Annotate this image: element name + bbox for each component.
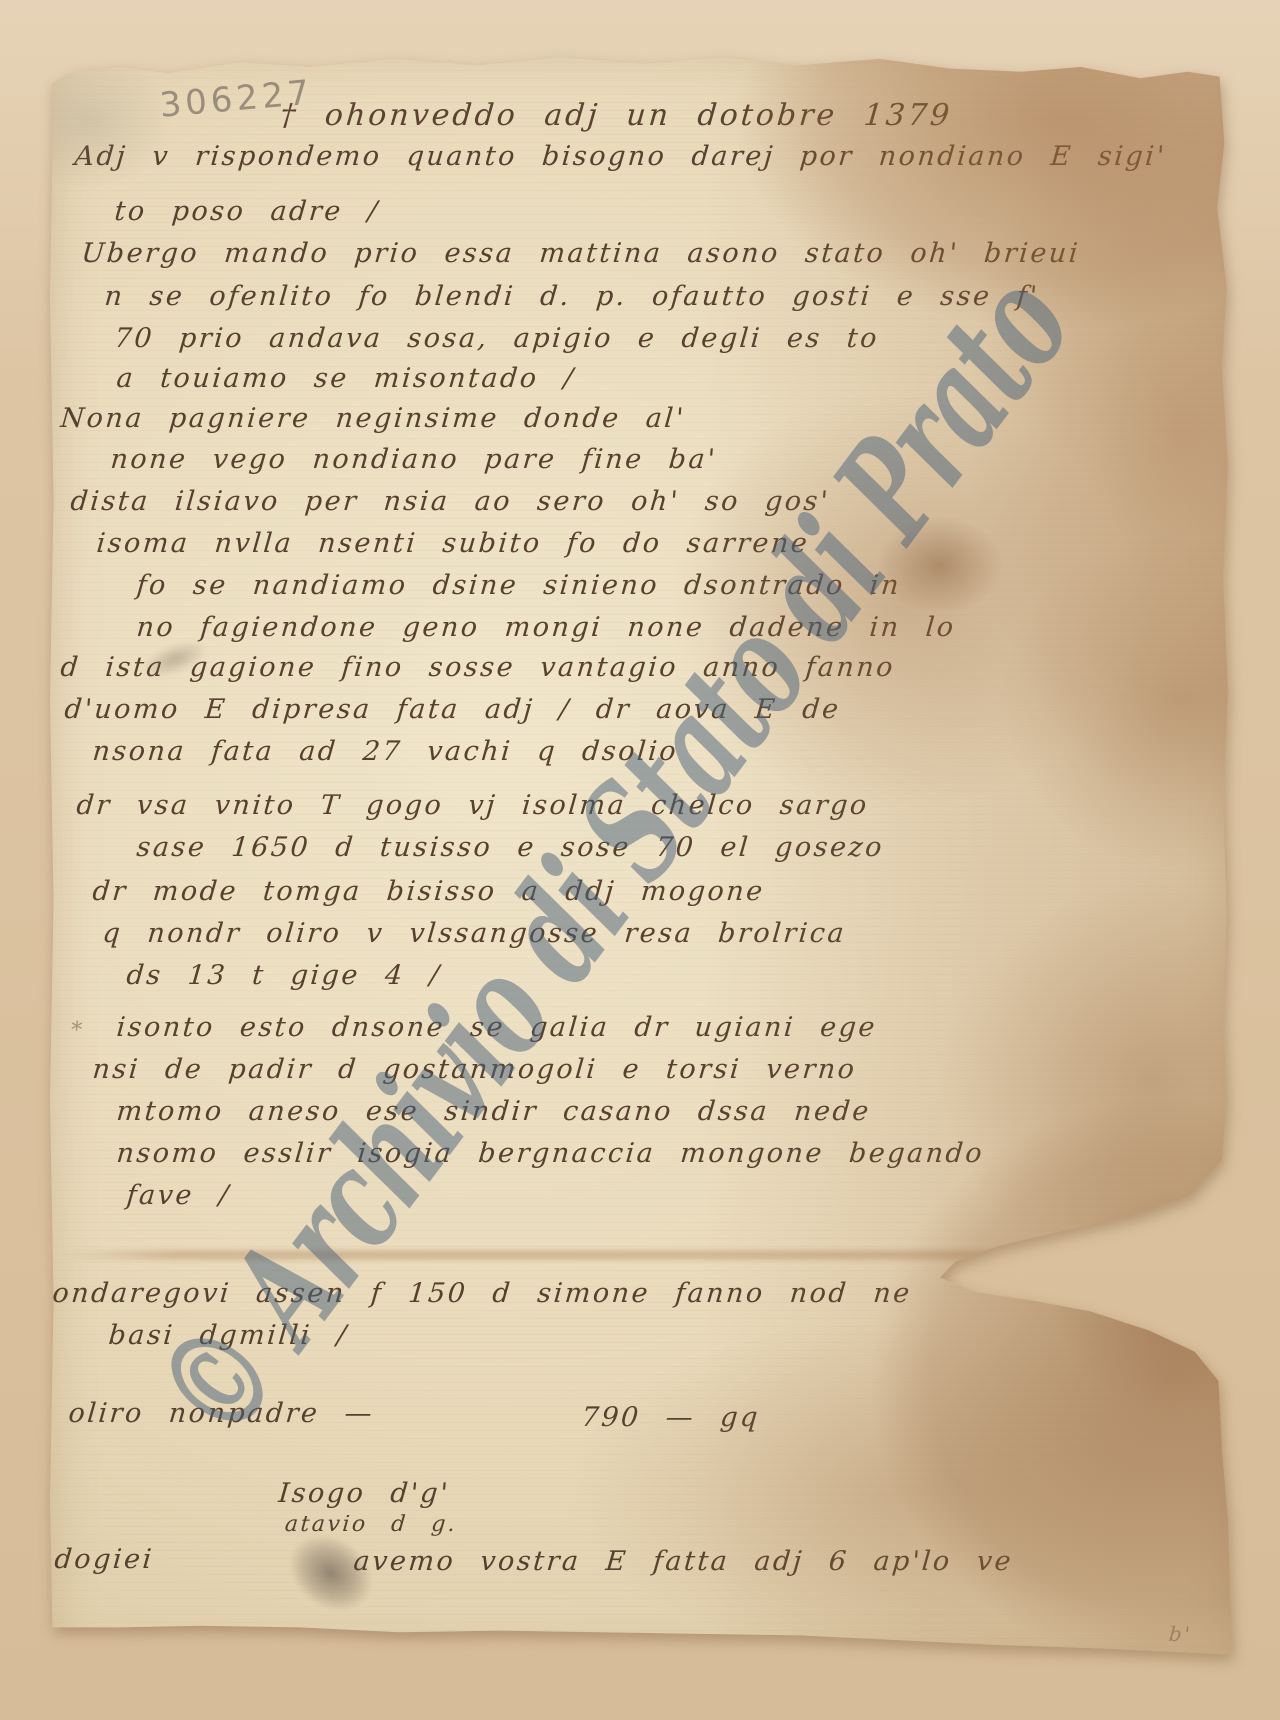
fold-crease <box>62 1250 1211 1260</box>
scan-background: 306227† ohonveddo adj un dotobre 1379Adj… <box>0 0 1280 1720</box>
handwritten-line: mtomo aneso ese sindir casano dssa nede <box>115 1096 872 1127</box>
handwritten-line: oliro nonpadre — <box>67 1398 375 1429</box>
handwritten-line: ds 13 t gige 4 / <box>125 960 442 991</box>
signature-line: Isogo d'g' <box>277 1478 451 1509</box>
handwritten-line: q nondr oliro v vlssangosse resa brolric… <box>101 918 847 949</box>
paper-shadow-wrapper: 306227† ohonveddo adj un dotobre 1379Adj… <box>50 46 1235 1658</box>
handwritten-line: to poso adre / <box>113 196 381 227</box>
handwritten-line: isoma nvlla nsenti subito fo do sarrene <box>95 528 810 559</box>
handwritten-line: sase 1650 d tusisso e sose 70 el gosezo <box>135 832 885 863</box>
handwritten-line: isonto esto dnsone se galia dr ugiani eg… <box>115 1012 878 1043</box>
amount-notation: 790 — gq <box>580 1402 761 1433</box>
handwritten-line: nsi de padir d gostanmogoli e torsi vern… <box>91 1054 858 1085</box>
handwritten-line: 70 prio andava sosa, apigio e degli es t… <box>113 323 880 354</box>
handwritten-line: basi dgmilli / <box>107 1320 350 1351</box>
handwritten-line: ondaregovi assen f 150 d simone fanno no… <box>51 1278 913 1309</box>
handwritten-line: nsomo esslir isogia bergnaccia mongone b… <box>115 1138 985 1169</box>
handwritten-line: dista ilsiavo per nsia ao sero oh' so go… <box>69 486 831 517</box>
handwritten-line: dogiei <box>53 1544 155 1575</box>
handwritten-line: Adj v rispondemo quanto bisogno darej po… <box>73 141 1167 172</box>
handwritten-line: n se ofenlito fo blendi d. p. ofautto go… <box>103 281 1040 312</box>
handwritten-line: d'uomo E dipresa fata adj / dr aova E de <box>63 694 842 725</box>
handwritten-line: none vego nondiano pare fine ba' <box>109 444 718 475</box>
closing-line: avemo vostra E fatta adj 6 ap'lo ve <box>352 1546 1014 1577</box>
handwritten-line: dr mode tomga bisisso a ddj mogone <box>91 876 766 907</box>
handwritten-line: nsona fata ad 27 vachi q dsolio <box>91 736 679 767</box>
handwritten-line: a touiamo se misontado / <box>115 363 576 394</box>
handwritten-line: Nona pagniere neginsime donde al' <box>59 403 687 434</box>
handwritten-line: dr vsa vnito T gogo vj isolma chelco sar… <box>75 790 870 821</box>
handwritten-line: fo se nandiamo dsine sinieno dsontrado i… <box>135 570 902 601</box>
handwritten-line: no fagiendone geno mongi none dadene in … <box>135 612 957 643</box>
margin-mark: * <box>70 1018 86 1043</box>
date-heading: † ohonveddo adj un dotobre 1379 <box>279 98 954 133</box>
handwritten-line: fave / <box>125 1180 232 1211</box>
handwritten-line: Ubergo mando prio essa mattina asono sta… <box>80 238 1081 269</box>
manuscript-page: 306227† ohonveddo adj un dotobre 1379Adj… <box>50 46 1235 1658</box>
handwritten-line: b' <box>1168 1622 1193 1646</box>
